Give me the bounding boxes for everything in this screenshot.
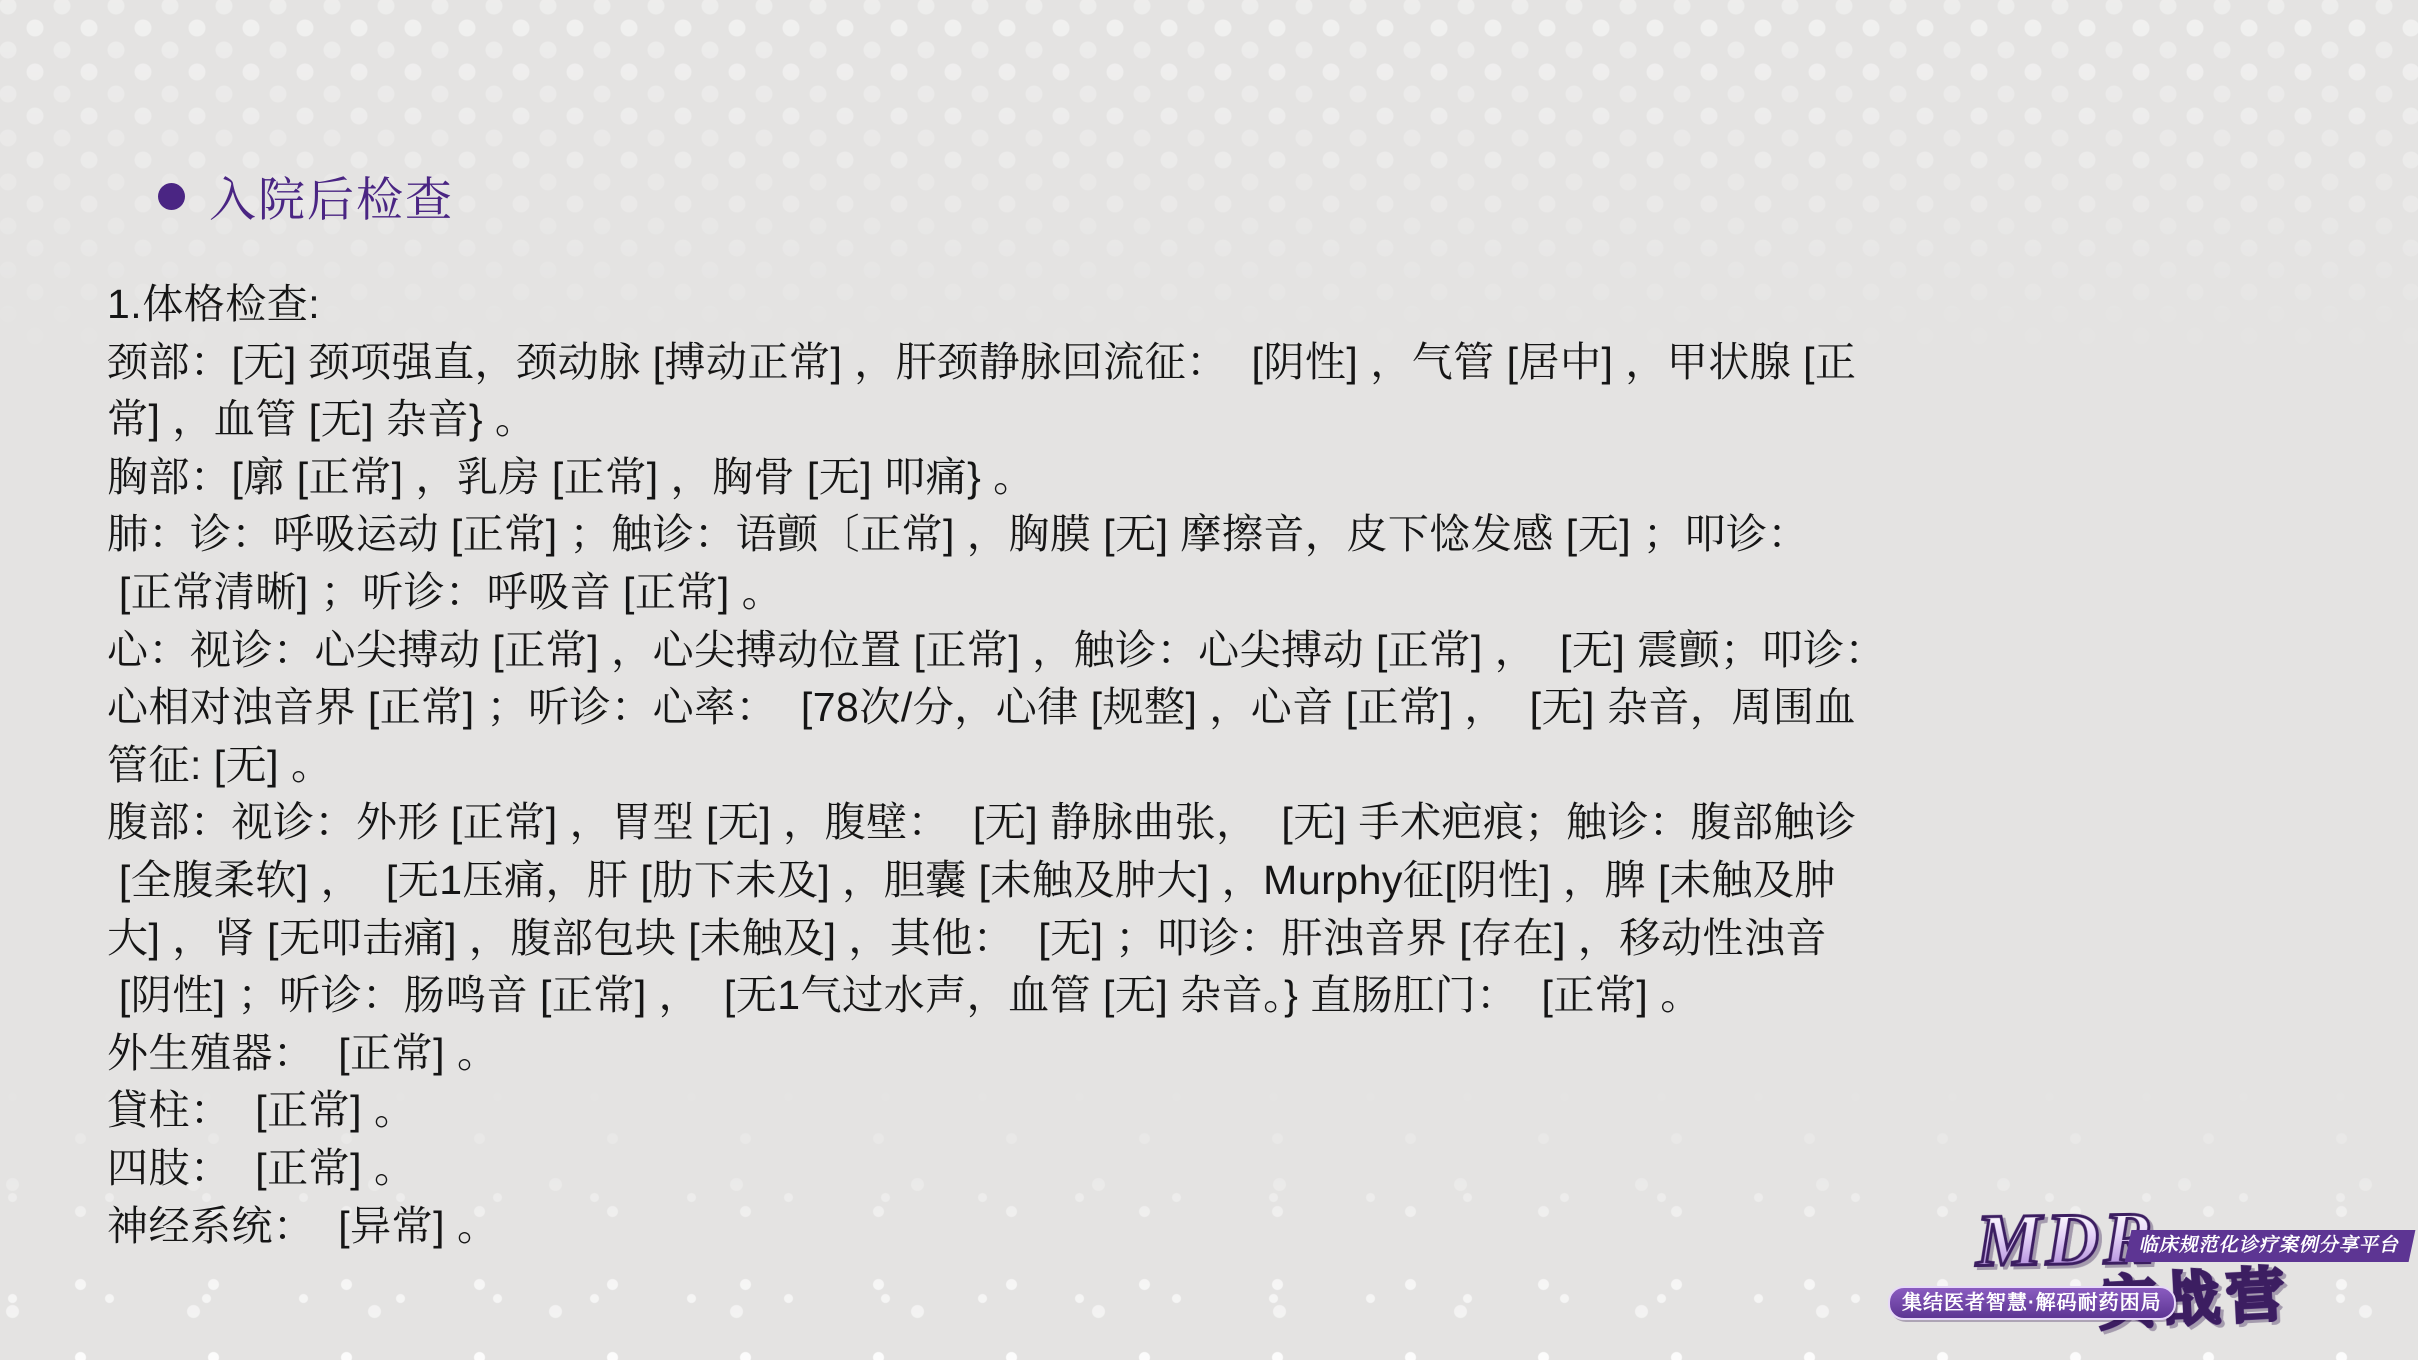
slide: 入院后检查 1.体格检查: 颈部：[无] 颈项强直，颈动脉 [搏动正常] ，肝颈… <box>0 0 2418 1360</box>
mdr-logo: MDR 临床规范化诊疗案例分享平台 实战营 集结医者智慧·解码耐药困局 <box>1850 1190 2418 1360</box>
body-line: 颈部：[无] 颈项强直，颈动脉 [搏动正常] ，肝颈静脉回流征： [阴性] ，气… <box>107 334 2367 392</box>
body-line: 心：视诊：心尖搏动 [正常] ，心尖搏动位置 [正常] ，触诊：心尖搏动 [正常… <box>107 622 2367 680</box>
title-row: 入院后检查 <box>158 163 454 230</box>
body-line: [正常清晰] ；听诊：呼吸音 [正常] 。 <box>107 564 2367 622</box>
body-line: 心相对浊音界 [正常] ；听诊：心率： [78次/分，心律 [规整] ，心音 [… <box>107 679 2367 737</box>
body-text: 1.体格检查: 颈部：[无] 颈项强直，颈动脉 [搏动正常] ，肝颈静脉回流征：… <box>107 276 2367 1255</box>
bullet-icon <box>158 183 185 210</box>
logo-slogan-banner: 集结医者智慧·解码耐药困局 <box>1888 1286 2176 1320</box>
body-line: 肺：诊：呼吸运动 [正常] ；触诊：语颤〔正常] ，胸膜 [无] 摩擦音，皮下惗… <box>107 506 2367 564</box>
body-line: 管征: [无] 。 <box>107 737 2367 795</box>
body-line: 大] ，肾 [无叩击痛] ，腹部包块 [未触及] ，其他： [无] ；叩诊：肝浊… <box>107 910 2367 968</box>
body-line: 常] ，血管 [无] 杂音} 。 <box>107 391 2367 449</box>
body-line: 外生殖器： [正常] 。 <box>107 1025 2367 1083</box>
body-line: 貸柱： [正常] 。 <box>107 1082 2367 1140</box>
body-line: 腹部：视诊：外形 [正常] ，胃型 [无] ，腹壁： [无] 静脉曲张， [无]… <box>107 794 2367 852</box>
body-line: 1.体格检查: <box>107 276 2367 334</box>
body-line: 胸部：[廓 [正常] ，乳房 [正常] ，胸骨 [无] 叩痛} 。 <box>107 449 2367 507</box>
body-line: 四肢： [正常] 。 <box>107 1140 2367 1198</box>
page-title: 入院后检查 <box>209 163 454 230</box>
body-line: [全腹柔软] ， [无1压痛，肝 [肋下未及] ，胆囊 [未触及肿大] ，Mur… <box>107 852 2367 910</box>
body-line: [阴性] ；听诊：肠鸣音 [正常] ， [无1气过水声，血管 [无] 杂音。} … <box>107 967 2367 1025</box>
